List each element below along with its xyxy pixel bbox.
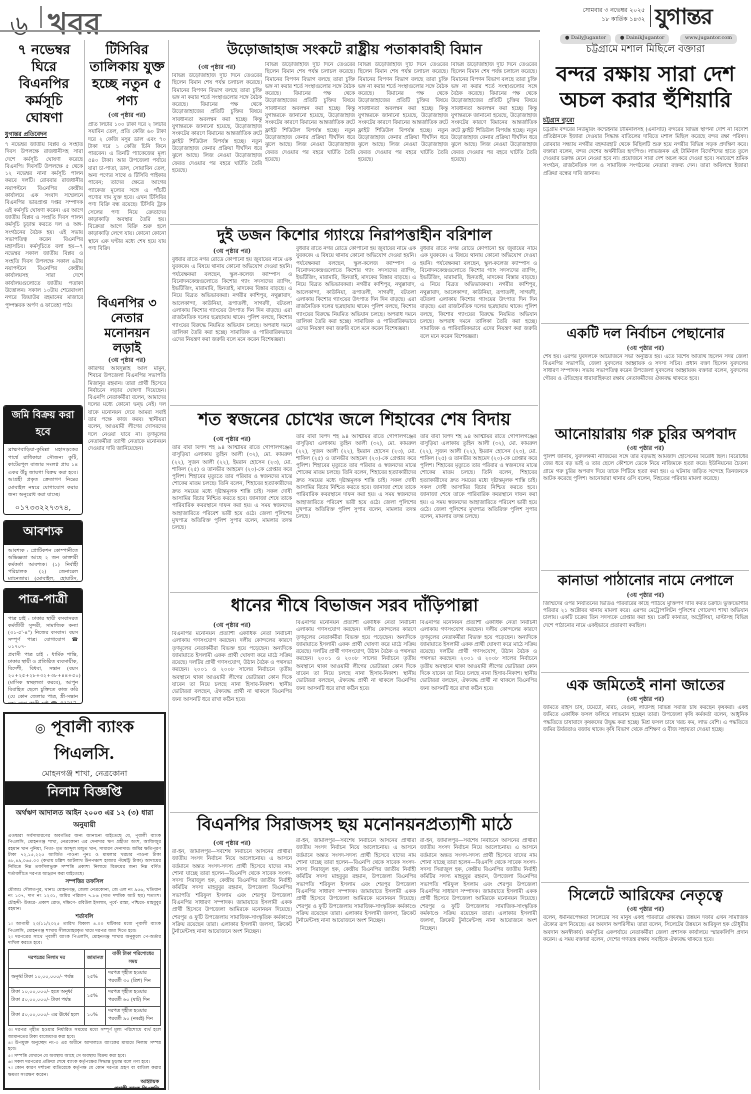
table-header: বাকী টাকা পরিশোধের সময় (106, 950, 161, 969)
headline-bnp-siraj: বিএনপির সিরাজসহ ছয় মনোনয়নপ্রত্যাশী মাঠ… (172, 815, 537, 835)
date-block: সোমবার ৩ নভেম্বর ২০২৫ ১৮ কার্তিক ১৪৩২ (545, 6, 645, 24)
headline: বন্দর রক্ষায় সারা দেশ অচল করার হুঁশিয়া… (543, 61, 748, 113)
logo-divider (650, 5, 651, 27)
ad-header: পাত্র-পাত্রী (4, 589, 82, 613)
article-body: বিভিন্ন উড়োজাহাজ দুটি দিনে তেওরের ছিলেন… (358, 62, 448, 222)
section-divider (541, 882, 749, 883)
article-body: পুলিশ জানায়, যুবদলকর্মী নাজিমের সঙ্গে ত… (543, 454, 748, 579)
date-bengali: ১৮ কার্তিক ১৪৩২ (545, 15, 645, 24)
kicker: চট্টগ্রামে মশাল মিছিলে বক্তারা (543, 42, 748, 59)
article-body: বুধবার রাতে নগর রোডে কোপানো হয় জুবায়ের… (172, 257, 292, 405)
masthead-rule (0, 30, 540, 32)
bank-auction-notice: ◎ পূবালী ব্যাংক পিএলসি. মোহনগঞ্জ শাখা, ন… (3, 712, 166, 1090)
newspaper-logo: যুগান্তর (655, 0, 712, 37)
article-body: বিভিন্ন উড়োজাহাজ দুটি দিনে তেওরের ছিলেন… (451, 62, 537, 222)
table-row: টাকা ৫০,০০,০০০/- এর ঊর্ধ্বে হলে ১০% দরপত… (9, 1007, 161, 1026)
article-body: জিম্মিদের ওপর নির্যাতনের ভিডিও পরিবারের … (543, 601, 748, 673)
facebook-icon: ● (620, 35, 624, 41)
continued-label: (৩য় পৃষ্ঠার পর) (172, 434, 292, 445)
bank-branch: মোহনগঞ্জ শাখা, নেত্রকোনা (5, 768, 164, 782)
ad-header: জমি বিক্রয় করা হবে (4, 406, 82, 444)
article-body: বিএনপির মনোনয়ন প্রত্যাশী একাধিক নেতা নি… (172, 631, 292, 759)
continued-label: (৩য় পৃষ্ঠার পর) (88, 355, 166, 366)
continued-label: (৩য় পৃষ্ঠার পর) (172, 62, 262, 73)
signature-block: আহ্বায়ক পূবালী ব্যাংক পিএলসি মোহনগঞ্জ শ… (5, 1079, 164, 1090)
article-rice-scale: (৩য় পৃষ্ঠার পর) বিএনপির মনোনয়ন প্রত্যা… (172, 620, 292, 759)
bank-name: ◎ পূবালী ব্যাংক পিএলসি. (5, 714, 164, 768)
bank-logo-icon: ◎ (35, 721, 45, 735)
column-divider (84, 40, 85, 420)
headline: আনোয়ারায় গরু চুরির অপবাদ (543, 425, 748, 443)
article-shihab-farewell: (৩য় পৃষ্ঠার পর) তার বাবা বিপদ শহ ৯৪ আত্… (172, 434, 292, 595)
schedule-title: সম্পত্তির তফসিল (5, 879, 164, 887)
headline: উড়োজাহাজ সংকটে রাষ্ট্রীয় পতাকাবাহী বিম… (172, 42, 537, 59)
article-body: বুধবার রাতে নগর রোডে কোপানো হয় জুবায়ের… (296, 246, 416, 401)
headline: একটি দল নির্বাচন পেছানোর (543, 326, 748, 343)
byline: যুগান্তর প্রতিবেদন (5, 129, 83, 140)
headline-rice-scale: ধানের শীষে বিভাজন সরব দাঁড়িপাল্লা (172, 596, 537, 616)
schedule-body: মৌজাঃ দৌলতপুর, থানাঃ মোহনগঞ্জ, জেলা নেত্… (5, 887, 164, 914)
article-body: রা-ইন, জামালপুর—সর্বশেষ নির্বাচনে আসনের … (296, 838, 416, 1090)
article-body: রা-ইন, জামালপুর—সর্বশেষ নির্বাচনে আসনের … (172, 849, 292, 1094)
article-body: জমিতে রাইস চাষ, টমেটো, মরিচ, বেগুন, লাউস… (543, 705, 748, 885)
article-col: (৩য় পৃষ্ঠার পর) বিভিন্ন উড়োজাহাজ দুটি … (172, 62, 262, 223)
continued-label: (৩য় পৃষ্ঠার পর) (543, 343, 748, 354)
terms-table: দরপত্রের নিলাম দর জামানত বাকী টাকা পরিশো… (8, 949, 161, 1026)
article-body: বিএনপির মনোনয়ন প্রত্যাশী একাধিক নেতা নি… (420, 620, 537, 755)
ad-bride: প্রবাসী পাত্র চাই : ধার্মিক শান্তি, ঢাকা… (4, 651, 82, 704)
article-body: তার বাবা বিপদ শহ ৯৪ আত্মীয়র রাতে গোপালগ… (420, 434, 537, 589)
ad-body: আবশ্যক : প্রোটিকশন কোম্পানীতে অভিজ্ঞতা আ… (4, 545, 82, 582)
ad-header: আবশ্যক (4, 521, 82, 545)
continued-label: (৩য় পৃষ্ঠার পর) (172, 246, 292, 257)
article-port-strike: চট্টগ্রামে মশাল মিছিলে বক্তারা বন্দর রক্… (543, 42, 748, 342)
column-divider (539, 40, 540, 1090)
article-body: রা-ইন, জামালপুর—সর্বশেষ নির্বাচনে আসনের … (420, 838, 537, 1090)
section-divider (541, 570, 749, 571)
headline-shihab-farewell: শত স্বজনের চোখের জলে শিহাবের শেষ বিদায় (172, 410, 537, 430)
section-divider (541, 672, 749, 673)
masthead-divider (40, 6, 42, 28)
table-row: অনূর্ধ্ব টাকা ১০,০০,০০০/- পর্যন্ত ২৫% দর… (9, 969, 161, 988)
article-body: তার বাবা বিপদ শহ ৯৪ আত্মীয়র রাতে গোপালগ… (172, 445, 292, 595)
article-canada-nepal: কানাডা পাঠানোর নামে নেপালে (৩য় পৃষ্ঠার … (543, 573, 748, 673)
article-unsafe-barishal: (৩য় পৃষ্ঠার পর) বুধবার রাতে নগর রোডে কো… (172, 246, 292, 405)
term-1: ১। আগামী ২৩/১১/২০২৫ তারিখ বিকাল ৪.০০ ঘটি… (5, 922, 164, 935)
headline: টিসিবির তালিকায় যুক্ত হচ্ছে নতুন ৫ পণ্য (88, 42, 166, 110)
notice-subtitle: অর্থঋণ আদালত আইন ২০০৩ এর ১২ (৩) ধারা অনু… (5, 805, 164, 833)
table-header: দরপত্রের নিলাম দর (9, 950, 85, 969)
section-divider (170, 224, 538, 225)
section-divider (541, 323, 749, 324)
article-body: বিএনপির মনোনয়ন প্রত্যাশী একাধিক নেতা নি… (296, 620, 416, 755)
ad-groom: পাত্র চাই : ঢাকার স্থায়ী বসবাসরত কর্মজী… (4, 613, 82, 651)
section-divider (170, 592, 538, 593)
article-airline-crisis: উড়োজাহাজ সংকটে রাষ্ট্রীয় পতাকাবাহী বিম… (172, 42, 537, 59)
article-body: বিভিন্ন উড়োজাহাজ দুটি দিনে তেওরের ছিলেন… (265, 62, 355, 222)
ad-body: ব্রাহ্মণবাড়িয়া-কুমিল্লা মহাসড়কের পার্… (4, 444, 82, 503)
notice-title: নিলাম বিজ্ঞপ্তি (5, 782, 164, 805)
twitter-icon: ● (565, 35, 569, 41)
headline: এক জমিতেই নানা জাতের (543, 676, 748, 694)
article-tcb-list: টিসিবির তালিকায় যুক্ত হচ্ছে নতুন ৫ পণ্য… (88, 42, 166, 302)
table-row: টাকা ১০,০০,০০০/- হতে অনূর্ধ্ব টাকা ৫০,০০… (9, 988, 161, 1007)
ad-phone-2: ০১৭৩৩২২৭৬০৭ (4, 513, 82, 516)
article-body: তার বাবা বিপদ শহ ৯৪ আত্মীয়র রাতে গোপালগ… (296, 434, 416, 589)
ad-wanted: আবশ্যক আবশ্যক : প্রোটিকশন কোম্পানীতে অভি… (3, 520, 83, 582)
article-cattle-theft: আনোয়ারায় গরু চুরির অপবাদ (৩য় পৃষ্ঠার … (543, 425, 748, 579)
article-body: বলেন, ধর্মনিরপেক্ষতা সিলেটের সব মানুষ এক… (543, 915, 748, 1094)
headline-unsafe-barishal: দুই ডজন কিশোর গ্যাংয়ে নিরাপত্তাহীন বরিশ… (172, 226, 537, 244)
headline: কানাডা পাঠানোর নামে নেপালে (543, 573, 748, 590)
article-bnp-siraj: (৩য় পৃষ্ঠার পর) রা-ইন, জামালপুর—সর্বশেষ… (172, 838, 292, 1094)
continued-label: (৩য় পৃষ্ঠার পর) (172, 838, 292, 849)
continued-label: (৩য় পৃষ্ঠার পর) (543, 694, 748, 705)
term-4: ৪। উপযুক্ত অনুচ্ছেদ নং-৩ এর অধীনে আদালতে… (5, 1041, 164, 1054)
article-land-crops: এক জমিতেই নানা জাতের (৩য় পৃষ্ঠার পর) জম… (543, 676, 748, 885)
ad-matrimony: পাত্র-পাত্রী পাত্র চাই : ঢাকার স্থায়ী ব… (3, 588, 83, 704)
ad-land-sale: জমি বিক্রয় করা হবে ব্রাহ্মণবাড়িয়া-কুম… (3, 405, 83, 515)
section-divider (170, 812, 538, 813)
term-7: ৭। কোন কারণ দর্শানো ব্যতিরেকে কর্তৃপক্ষ … (5, 1066, 164, 1079)
continued-label: (৩য় পৃষ্ঠার পর) (543, 590, 748, 601)
article-body: বুধবার রাতে নগর রোডে কোপানো হয় জুবায়ের… (420, 246, 537, 401)
continued-label: (৩য় পৃষ্ঠার পর) (172, 620, 292, 631)
headline: সিলেটে আরিফের নেতৃত্বে (543, 886, 748, 904)
headline: ৭ নভেম্বর ঘিরে বিএনপির কর্মসূচি ঘোষণা (5, 42, 83, 127)
section-divider (170, 405, 538, 406)
date-gregorian: সোমবার ৩ নভেম্বর ২০২৫ (545, 6, 645, 15)
term-3: ৩। দরপত্র গৃহীত হওয়ার নির্ধারিত সময়ের … (5, 1028, 164, 1041)
term-2: ২। দরপত্রের সাথে পূবালী ব্যাংক পিএলসি, ম… (5, 935, 164, 948)
article-body: বিভিন্ন উড়োজাহাজ দুটি দিনে তেওরের ছিলেন… (172, 73, 262, 223)
article-sylhet-arif: সিলেটে আরিফের নেতৃত্বে (৩য় পৃষ্ঠার পর) … (543, 886, 748, 1094)
article-body: চট্টগ্রাম বন্দরের নিউমুরিং কন্টেইনার টার… (543, 127, 748, 342)
column-divider (168, 40, 169, 1090)
ad-phone-1: ০১৭৩৩২২৭৩৭৪, (4, 503, 82, 513)
continued-label: (৩য় পৃষ্ঠার পর) (543, 443, 748, 454)
headline: বিএনপির ৩ নেতার মনোনয়ন লড়াই (88, 295, 166, 355)
article-body: প্রতি লিটার ১০০ টাকা দরে ২ লিটার সয়াবিন… (88, 122, 166, 302)
notice-intro: এতদ্বারা সর্বসাধারণের অবগতির জন্য জানানো… (5, 833, 164, 879)
continued-label: (৩য় পৃষ্ঠার পর) (543, 904, 748, 915)
table-header: জামানত (84, 950, 105, 969)
article-body: শেষ হয়। এরপর যুবদলকে আয়োজনে সভা অনুষ্ঠ… (543, 354, 748, 420)
article-candidate-selection: একটি দল নির্বাচন পেছানোর (৩য় পৃষ্ঠার পর… (543, 326, 748, 420)
byline: চট্টগ্রাম ব্যুরো (543, 115, 748, 126)
continued-label: (৩য় পৃষ্ঠার পর) (88, 110, 166, 121)
